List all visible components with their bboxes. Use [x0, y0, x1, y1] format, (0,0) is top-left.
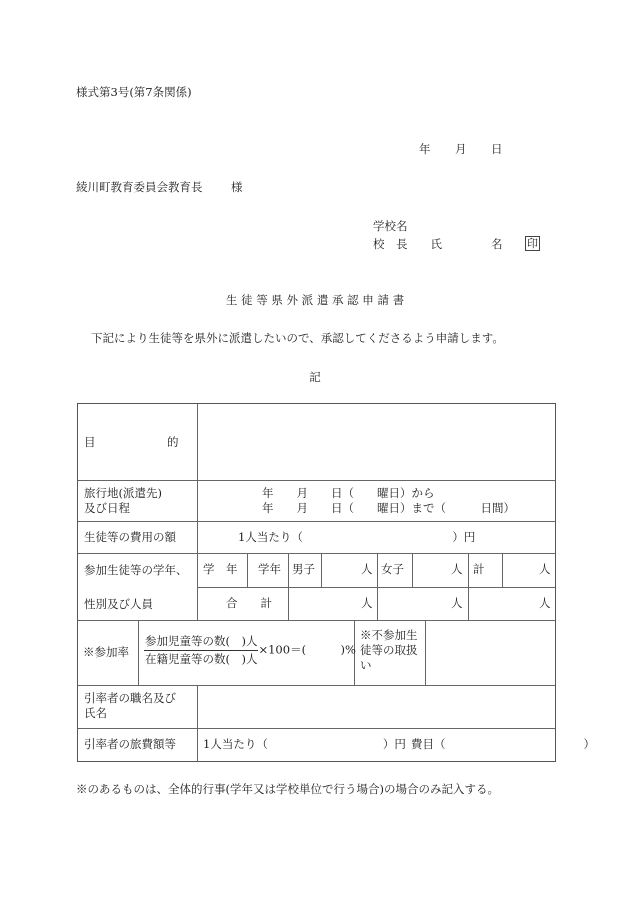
grade-label: 学 年	[203, 562, 238, 577]
total-count-unit[interactable]: 人	[539, 562, 551, 577]
leader-name-label-line2: 氏名	[84, 706, 107, 721]
purpose-label-left: 目	[84, 435, 96, 450]
female-count-unit[interactable]: 人	[451, 562, 463, 577]
sum-total-unit[interactable]: 人	[539, 596, 551, 611]
date-month-label: 月	[455, 141, 467, 157]
total-label: 計	[473, 562, 485, 577]
addressee-honorific: 様	[231, 179, 243, 195]
participation-rate-label: ※参加率	[83, 645, 129, 660]
intro-text: 下記により生徒等を県外に派遣したいので、承認してくださるよう申請します。	[91, 330, 504, 346]
seal-mark: 印	[525, 236, 540, 251]
rate-formula-tail: ×100＝( )%	[258, 643, 356, 657]
document-title: 生 徒 等 県 外 派 遣 承 認 申 請 書	[0, 292, 630, 308]
student-cost-label: 生徒等の費用の額	[84, 530, 176, 545]
purpose-label-right: 的	[167, 435, 179, 450]
school-name-label: 学校名	[373, 218, 408, 234]
sum-female-unit[interactable]: 人	[451, 596, 463, 611]
leader-expense-item[interactable]: 費目（ ）	[411, 737, 595, 752]
principal-name-label: 名	[491, 236, 503, 252]
schedule-to[interactable]: 年 月 日（ 曜日）まで（ 日間）	[262, 501, 515, 516]
nonparticipant-label-line2: 徒等の取扱	[360, 643, 418, 658]
sum-label: 合 計	[226, 596, 272, 611]
schedule-from[interactable]: 年 月 日（ 曜日）から	[262, 486, 435, 501]
male-count-unit[interactable]: 人	[361, 562, 373, 577]
leader-name-field[interactable]	[204, 690, 549, 724]
leader-name-label-line1: 引率者の職名及び	[84, 691, 176, 706]
participation-rate-formula[interactable]: 参加児童等の数( )人 在籍児童等の数( )人 ×100＝( )%	[144, 634, 356, 667]
nonparticipant-label-line3: い	[360, 658, 372, 673]
ki-label: 記	[0, 369, 630, 385]
participants-label-line2: 性別及び人員	[84, 597, 153, 612]
rate-denominator: 在籍児童等の数( )人	[144, 651, 258, 667]
rate-fraction: 参加児童等の数( )人 在籍児童等の数( )人	[144, 634, 258, 667]
participants-label-line1: 参加生徒等の学年、	[84, 563, 188, 578]
student-cost-field[interactable]: 1人当たり（ ）円	[238, 530, 475, 545]
date-year-label: 年	[419, 141, 431, 157]
purpose-field[interactable]	[204, 408, 549, 476]
leader-cost-label: 引率者の旅費額等	[84, 737, 176, 752]
rate-numerator: 参加児童等の数( )人	[144, 634, 258, 651]
nonparticipant-label-line1: ※不参加生	[360, 628, 418, 643]
date-day-label: 日	[491, 141, 503, 157]
male-label: 男子	[292, 562, 315, 577]
destination-label-line2: 及び日程	[84, 501, 130, 516]
sum-male-unit[interactable]: 人	[361, 596, 373, 611]
application-table: 目 的 旅行地(派遣先) 及び日程 年 月 日（ 曜日）から 年 月 日（ 曜日…	[77, 403, 556, 762]
leader-cost-per-person[interactable]: 1人当たり（ ）円	[203, 737, 406, 752]
grade-unit[interactable]: 学年	[258, 562, 281, 577]
destination-label-line1: 旅行地(派遣先)	[84, 486, 162, 501]
nonparticipant-field[interactable]	[430, 624, 550, 680]
form-number: 様式第3号(第7条関係)	[76, 84, 192, 100]
principal-label: 校 長 氏	[373, 236, 442, 252]
footnote: ※のあるものは、全体的行事(学年又は学校単位で行う場合)の場合のみ記入する。	[76, 781, 499, 797]
addressee-name: 綾川町教育委員会教育長	[76, 179, 203, 195]
female-label: 女子	[381, 562, 404, 577]
